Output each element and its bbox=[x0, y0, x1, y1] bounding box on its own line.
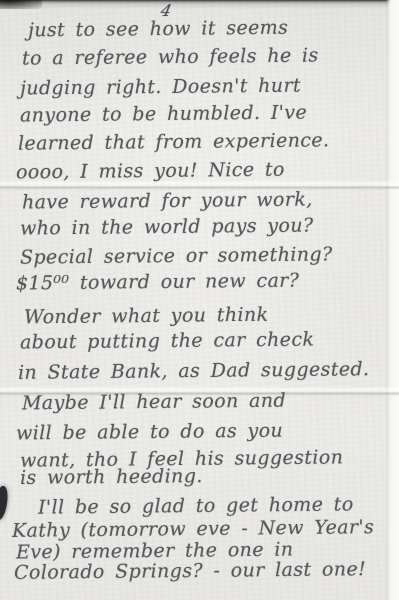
handwriting-line: anyone to be humbled. I've bbox=[20, 101, 307, 126]
handwriting-line: learned that from experience. bbox=[18, 129, 330, 154]
handwriting-line: Special service or something? bbox=[20, 243, 333, 268]
scan-artifact-left-edge bbox=[0, 485, 10, 520]
handwriting-line: to a referee who feels he is bbox=[22, 44, 319, 69]
letter-page: 4 just to see how it seems to a referee … bbox=[0, 0, 399, 600]
handwriting-line: in State Bank, as Dad suggested. bbox=[18, 358, 370, 384]
handwriting-line: Kathy (tomorrow eve - New Year's bbox=[12, 516, 374, 542]
scan-artifact-top-left bbox=[0, 0, 42, 9]
handwriting-line: Maybe I'll hear soon and bbox=[22, 390, 286, 415]
handwriting-line: just to see how it seems bbox=[28, 17, 288, 42]
handwriting-line: $15⁰⁰ toward our new car? bbox=[16, 270, 300, 295]
handwriting-line: Colorado Springs? - our last one! bbox=[14, 558, 366, 584]
handwriting-line: judging right. Doesn't hurt bbox=[20, 75, 301, 100]
handwriting-line: oooo, I miss you! Nice to bbox=[16, 159, 285, 184]
handwriting-line: have reward for your work, bbox=[22, 188, 313, 213]
scan-shadow-top bbox=[0, 0, 399, 9]
handwriting-line: Wonder what you think bbox=[24, 304, 269, 329]
handwriting-line: I'll be so glad to get home to bbox=[38, 493, 354, 518]
handwriting-line: will be able to do as you bbox=[16, 420, 283, 445]
handwriting-line: is worth heeding. bbox=[20, 465, 203, 489]
handwriting-line: who in the world pays you? bbox=[20, 214, 314, 239]
page-right-edge bbox=[386, 0, 399, 600]
handwriting-line: about putting the car check bbox=[20, 328, 315, 353]
